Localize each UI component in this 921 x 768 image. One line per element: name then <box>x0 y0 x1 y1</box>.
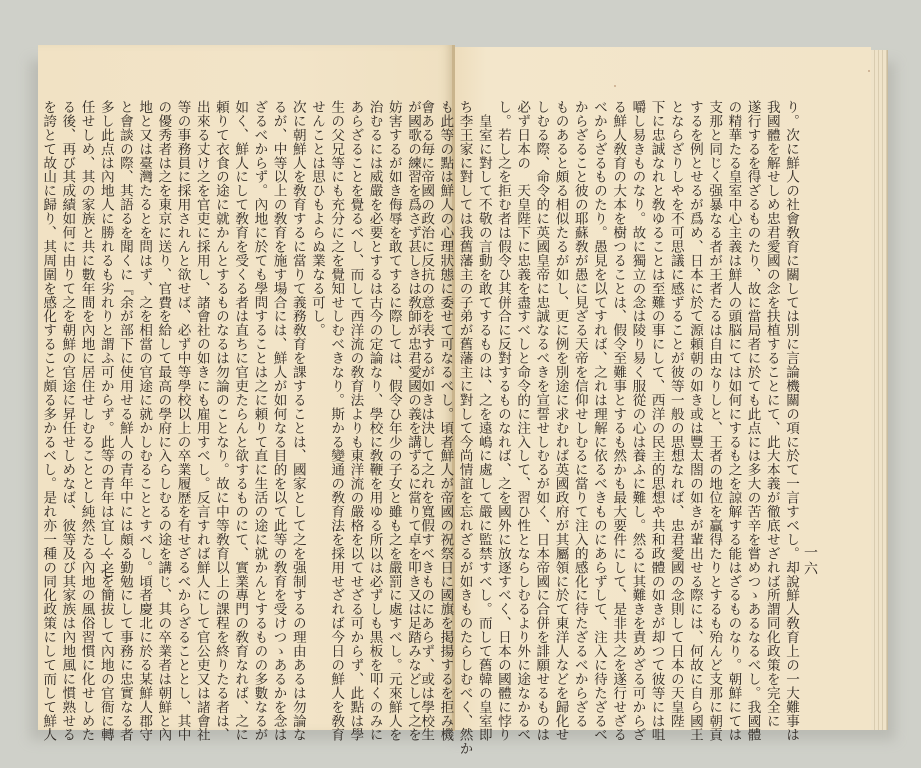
text-column: 任せしめ、其の家族と共に數年間を內地に居住せしむることとし純然たる內地の風俗習慣… <box>76 100 95 600</box>
right-page-text: り。次に鮮人の社會敎育に關しては別に言論機關の項に於て一言すべし。却說鮮人敎育上… <box>470 100 800 600</box>
text-column: 必ず日本の 天皇陛下に忠義を盡すべしと命令的に注入して、習ひ性とならしむるより外… <box>512 100 531 600</box>
text-column: 頼りて衣食の途に就かんとするものなるは勿論のことなり。故に中等敎育以上の課程を終… <box>211 100 230 600</box>
text-column: 治むるには威嚴を必要とするは古今の定論なり、學校に敎鞭を用ゆる所以は必ずしも黒板… <box>364 100 383 600</box>
text-column: からざること彼の耶蘇敎が愚に見ざる天帝を信仰せしむるに當りて注入的感化に待たざる… <box>570 100 589 600</box>
text-column: り。次に鮮人の社會敎育に關しては別に言論機關の項に於て一言すべし。却說鮮人敎育上… <box>781 100 800 600</box>
page-number-right: 一六 <box>800 545 820 577</box>
text-column: 支那と同じく强暴なる者が王者たるは自由なりしと、王者の地位を贏得たりとするも殆ん… <box>704 100 723 600</box>
text-column: するを例とせるが爲め、日本に於て源頼朝の如き或は豐太閤の如きが輩出せる際には、何… <box>685 100 704 600</box>
text-column: せんことは思ひもよらぬ業なる可し。 <box>307 100 326 600</box>
text-column: 妨害するが如き侮辱を敢てするに際しては、假令ひ年少の子女と雖も之を嚴罰に處すべし… <box>384 100 403 600</box>
page-number-left: 一七 <box>96 548 116 580</box>
paper-speck <box>868 70 870 72</box>
text-column: 地と又は臺灣たるとを問はず、之を相當の官途に就かしむることとすべし。頃者慶北に於… <box>134 100 153 600</box>
paper-speck <box>614 85 616 87</box>
text-column: 遂行するを得ざるものたり、故に當局者に於ても此点には多大の苦辛を嘗めつゝあるなる… <box>742 100 761 600</box>
text-column: 多し此点は內地人に勝れるも劣れりと謂ふ可からず。此等の青年は宜しく之を簡拔して內… <box>96 100 115 600</box>
text-column: の優秀者は之を東京に送り、官費を給して最高の學府に入らしむるの途を講じ、其の卒業… <box>153 100 172 600</box>
text-column: の精華たる皇室中心主義は鮮人の頭脳にては如何にするも之を諒解する能はざるものなり… <box>723 100 742 600</box>
text-column: とならざりしやを不可思議に感ずることが彼等一般の思想なれば、忠君愛國の念則して日… <box>666 100 685 600</box>
text-column: ざるべからず。內地に於ても學問することは之に頼りて直に生活の途に就かんとするもの… <box>249 100 268 600</box>
text-column: 生の父兄等にも充分に之を覺知せしむべきなり。斯かる變通の敎育法を採用せざれば今日… <box>326 100 345 600</box>
text-column: 如く、鮮人にして敎育を受くる者は直ちに官吏たらんと欲するものにて、實業專門の敎育… <box>230 100 249 600</box>
text-column: 次に朝鮮人を敎育するに當りて義務敎育を課することは、國家として之を强制するの理由… <box>288 100 307 600</box>
text-column: 等の事務員に採用されんと欲せば、必ず中等學校以上の卒業履歴を有せざるべからざるこ… <box>172 100 191 600</box>
text-column: 我國體を解せしめ忠君愛國の念を扶植することにて、此大本義が徹底せざれば所謂同化政… <box>762 100 781 600</box>
text-column: る後、再び其成績如何に由りて之を朝鮮の官途に昇任せしめなば、彼等及び其家族は內地… <box>57 100 76 600</box>
text-column: 皇室に對して不敬の言動を敢てするものは、之を遠嶋に處して嚴に監禁すべし。而して舊… <box>474 100 493 600</box>
left-page-text: が國歌の練習を爲さず甚しきは敎師が忠君愛國の義を講ずるに當りて卓を叩き又は足踏み… <box>77 100 422 600</box>
text-column: 出來る丈け之を官吏に採用し、諸會社の如きにも雇用すべし。反言すれば鮮人にして官公… <box>192 100 211 600</box>
text-column: るが、中等以上の敎育を施す場合には、鮮人が如何なる目的を以て此等の敎育を受けつゝ… <box>268 100 287 600</box>
paper-speck <box>615 720 617 722</box>
text-column: を誇とて故山に歸り、其周圍を感化すること頗る多かるべし。是れ亦一種の同化政策にし… <box>38 100 57 600</box>
text-column: と會談の際、其語るを聞くに『余が部下に使用せる鮮人の青年中には頗る勤勉にして事務… <box>115 100 134 600</box>
text-column: る鮮人敎育の大本を樹つることは、假令至難事とするも然かも最大要件にして、是非共之… <box>608 100 627 600</box>
text-column: し。若し之を拒む者は假令ひ其併合に反對するものなれば、之を國外に放逐すべく、日本… <box>493 100 512 600</box>
text-column: 會ある毎に帝國の政治に反抗の意を表するが如きは決して之れを寬假すべきものにあらず… <box>416 100 435 600</box>
text-column: ち李王家に對しては我舊藩主の子弟が舊藩主に對して今尚情誼を忘れざるが如きものたら… <box>454 100 473 600</box>
text-column: 下に忠誠なれと敎ゆることは至難の事にして、西洋の民主的思想や共和政體の如きが却つ… <box>646 100 665 600</box>
text-column: 嚼し易きものなり。故に獨立の念は陵り易く服從の心は養ふに難し。然るに其難きを責め… <box>627 100 646 600</box>
text-column: べからざるものたり。愚見を以てすれば、之れは理解に依るべきものにあらずして、注入… <box>589 100 608 600</box>
text-column: も此等の點は鮮人の心理狀態に委せて可なるべし。頃者鮮人が帝國の祝祭日に國旗を掲揚… <box>435 100 454 600</box>
text-column: あらざることを覺るべし、而して西洋流の敎育法よりも東洋流の嚴格を以てせざる可から… <box>345 100 364 600</box>
text-column: ものあると頗る相似たるが如し、更に例を別途に求むれば英國政府が其屬領に於て東洋人… <box>550 100 569 600</box>
text-column: しむる際、命令的に英國皇帝に忠誠なるべきを宣誓せしむるが如く、日本帝國に合併を誹… <box>531 100 550 600</box>
page-stack-edges <box>871 50 888 730</box>
